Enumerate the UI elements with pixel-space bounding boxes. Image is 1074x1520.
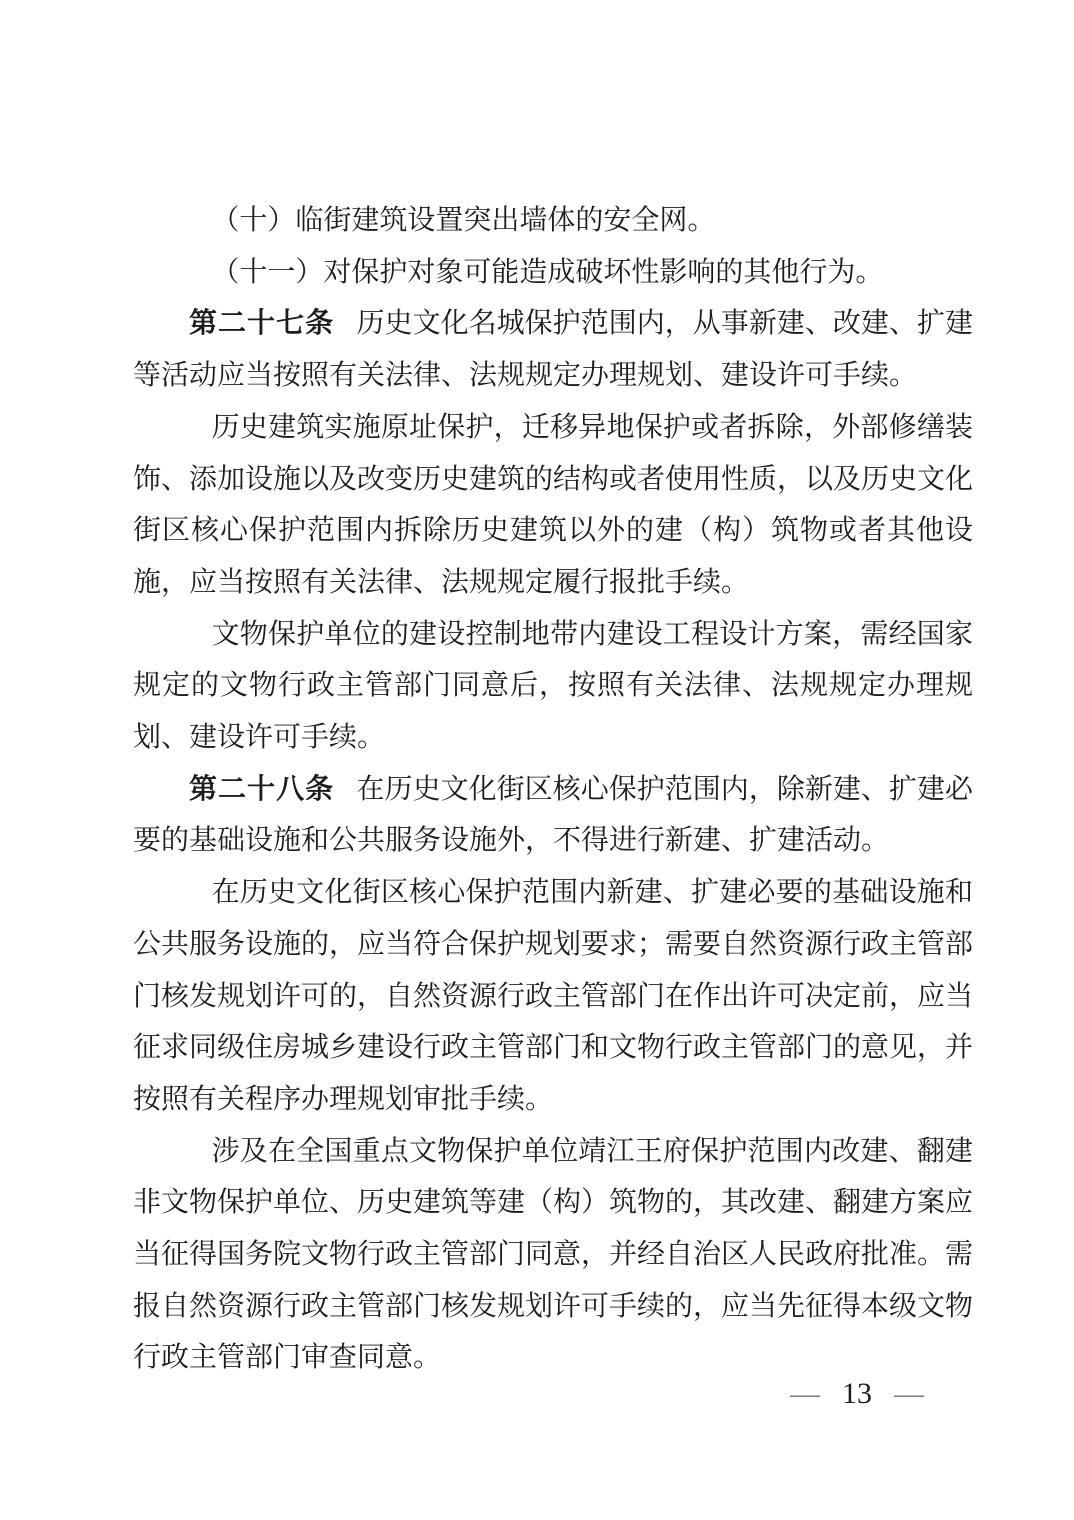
paragraph-text: （十一）对保护对象可能造成破坏性影响的其他行为。 xyxy=(211,257,883,288)
page-number-value: 13 xyxy=(842,1376,872,1412)
article-paragraph: 第二十八条在历史文化街区核心保护范围内，除新建、扩建必要的基础设施和公共服务设施… xyxy=(133,764,973,867)
paragraph: 在历史文化街区核心保护范围内新建、扩建必要的基础设施和公共服务设施的，应当符合保… xyxy=(133,867,973,1126)
paragraph: 涉及在全国重点文物保护单位靖江王府保护范围内改建、翻建非文物保护单位、历史建筑等… xyxy=(133,1126,973,1385)
page-content: （十）临街建筑设置突出墙体的安全网。 （十一）对保护对象可能造成破坏性影响的其他… xyxy=(133,195,973,1384)
article-paragraph: 第二十七条历史文化名城保护范围内，从事新建、改建、扩建等活动应当按照有关法律、法… xyxy=(133,298,973,401)
page-number-dash-right: — xyxy=(894,1376,924,1412)
paragraph: （十）临街建筑设置突出墙体的安全网。 xyxy=(133,195,973,247)
page-number: — 13 — xyxy=(790,1376,924,1412)
paragraph-text: 在历史文化街区核心保护范围内新建、扩建必要的基础设施和公共服务设施的，应当符合保… xyxy=(133,877,973,1115)
document-page: （十）临街建筑设置突出墙体的安全网。 （十一）对保护对象可能造成破坏性影响的其他… xyxy=(0,0,1074,1520)
paragraph-text: 历史建筑实施原址保护，迁移异地保护或者拆除，外部修缮装饰、添加设施以及改变历史建… xyxy=(133,412,973,598)
article-heading: 第二十七条 xyxy=(189,308,334,339)
paragraph-text: 文物保护单位的建设控制地带内建设工程设计方案，需经国家规定的文物行政主管部门同意… xyxy=(133,619,973,753)
page-number-dash-left: — xyxy=(790,1376,820,1412)
article-heading: 第二十八条 xyxy=(189,774,334,805)
paragraph-text: （十）临街建筑设置突出墙体的安全网。 xyxy=(211,205,715,236)
paragraph: （十一）对保护对象可能造成破坏性影响的其他行为。 xyxy=(133,247,973,299)
paragraph-text: 涉及在全国重点文物保护单位靖江王府保护范围内改建、翻建非文物保护单位、历史建筑等… xyxy=(133,1136,973,1374)
paragraph: 历史建筑实施原址保护，迁移异地保护或者拆除，外部修缮装饰、添加设施以及改变历史建… xyxy=(133,402,973,609)
paragraph: 文物保护单位的建设控制地带内建设工程设计方案，需经国家规定的文物行政主管部门同意… xyxy=(133,609,973,764)
